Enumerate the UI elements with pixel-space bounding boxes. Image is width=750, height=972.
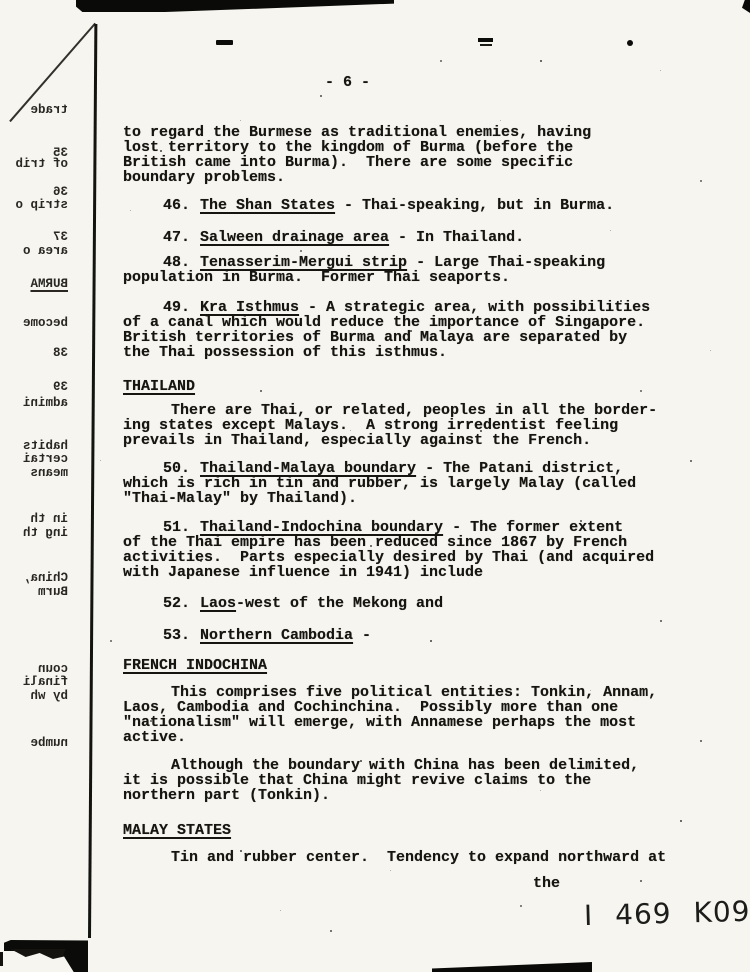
item-text: - Thai-speaking, but in Burma.: [335, 197, 614, 214]
item-text: - In Thailand.: [389, 229, 524, 246]
bleedthrough-fragment: admini: [0, 397, 68, 410]
section-heading-malay-states: MALAY STATES: [123, 823, 685, 838]
handwritten-code: I 469 K09: [584, 895, 750, 932]
bleedthrough-fragment: finali: [0, 676, 68, 689]
bleedthrough-fragment: 39: [0, 381, 68, 394]
section-heading-thailand: THAILAND: [123, 379, 685, 394]
bleedthrough-fragment: 38: [0, 347, 68, 360]
scan-artifact-bottom-bar: [432, 962, 592, 972]
numbered-item-51: 51.Thailand-Indochina boundary - The for…: [123, 520, 685, 580]
numbered-item-48: 48.Tenasserim-Mergui strip - Large Thai-…: [123, 255, 685, 285]
numbered-item-50: 50.Thailand-Malaya boundary - The Patani…: [123, 461, 685, 506]
bleedthrough-fragment: become: [0, 317, 68, 330]
page-edge-line: [88, 24, 97, 938]
section-heading-french-indochina: FRENCH INDOCHINA: [123, 658, 685, 673]
scan-artifact-top-right: [742, 0, 750, 13]
bleedthrough-fragment: by wh: [0, 690, 68, 703]
scan-mark-double-dash: [478, 38, 493, 42]
item-title: The Shan States: [200, 197, 335, 214]
bleedthrough-fragment: ing th: [0, 527, 68, 540]
bleedthrough-fragment: trade: [0, 104, 68, 117]
numbered-item-52: 52.Laos-west of the Mekong and: [123, 596, 685, 611]
bleedthrough-fragment: numbe: [0, 737, 68, 750]
item-text: -west of the Mekong and: [236, 595, 443, 612]
numbered-item-49: 49.Kra Isthmus - A strategic area, with …: [123, 300, 685, 360]
bleedthrough-fragment: means: [0, 467, 68, 480]
item-title: Salween drainage area: [200, 229, 389, 246]
numbered-item-53: 53.Northern Cambodia -: [123, 628, 685, 643]
scan-mark-dash: [216, 40, 233, 45]
scan-mark-dot: [627, 40, 633, 46]
bleedthrough-fragment: BURMA: [0, 278, 68, 291]
item-number: 52.: [163, 595, 190, 612]
item-title: Laos: [200, 595, 236, 612]
scan-artifact-edge-tick: [0, 952, 3, 966]
french-indochina-paragraph-2: Although the boundary with China has bee…: [123, 758, 685, 803]
malay-states-paragraph: Tin and rubber center. Tendency to expan…: [123, 850, 685, 865]
numbered-item-47: 47.Salween drainage area - In Thailand.: [123, 230, 685, 245]
catchword: the: [533, 876, 560, 891]
document-page: trade35of trib36strip o37area oBURMAbeco…: [0, 0, 750, 972]
numbered-item-46: 46.The Shan States - Thai-speaking, but …: [123, 198, 685, 213]
bleedthrough-fragment: China,: [0, 572, 68, 585]
page-number: - 6 -: [325, 75, 370, 90]
bleedthrough-fragment: area o: [0, 245, 68, 258]
scan-artifact-blob-tail: [62, 948, 88, 972]
bleedthrough-fragment: Burm: [0, 586, 68, 599]
item-number: 46.: [163, 197, 190, 214]
french-indochina-paragraph-1: This comprises five political entities: …: [123, 685, 685, 745]
scan-mark-double-dash-thin: [480, 44, 492, 46]
bleedthrough-fragment: strip o: [0, 199, 68, 212]
bleedthrough-fragment: certai: [0, 453, 68, 466]
thailand-paragraph: There are Thai, or related, peoples in a…: [123, 403, 685, 448]
item-text: -: [353, 627, 371, 644]
bleedthrough-fragment: 37: [0, 231, 68, 244]
item-number: 53.: [163, 627, 190, 644]
bleedthrough-fragment: of trib: [0, 158, 68, 171]
bleedthrough-fragment: in th: [0, 513, 68, 526]
paper-speckles-light: [0, 0, 1, 1]
item-title: Northern Cambodia: [200, 627, 353, 644]
item-number: 47.: [163, 229, 190, 246]
intro-paragraph: to regard the Burmese as traditional ene…: [123, 125, 685, 185]
scan-artifact-top-bar: [76, 0, 394, 12]
